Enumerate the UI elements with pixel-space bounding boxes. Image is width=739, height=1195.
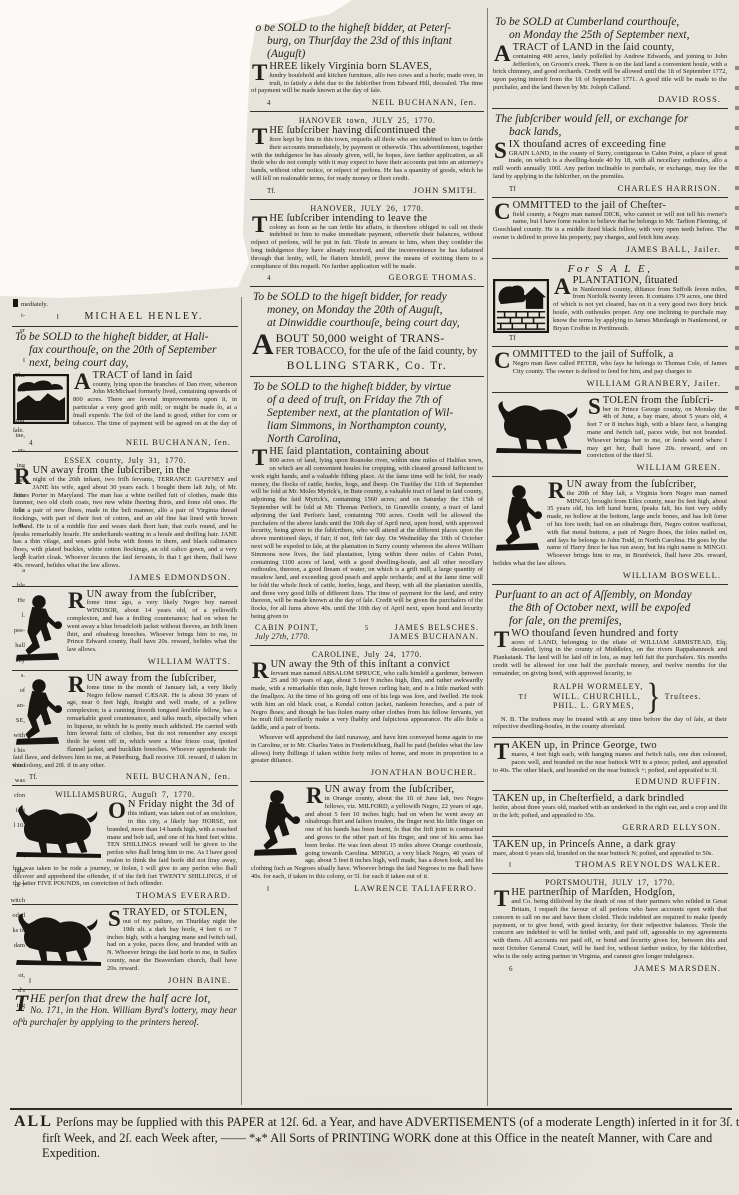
ad-body-2: Whoever will apprehend the ſaid runaway,… — [251, 734, 483, 765]
byrd-lottery-notice: THE perſon that drew the half acre lot,N… — [12, 989, 238, 1036]
drop-cap: R — [251, 661, 271, 680]
ad-post-line: July 27th, 1770.JAMES BUCHANAN. — [251, 632, 483, 641]
trustee-name: RALPH WORMELEY, — [553, 682, 643, 692]
signature-prefix: 6 — [509, 965, 513, 973]
signature-prefix: Tf. — [29, 773, 37, 781]
ad-body: TAKEN up, in Cheſterfield, a dark brindl… — [493, 795, 727, 819]
ad-body: RUN away from the ſubſcriber,ſome time i… — [13, 675, 237, 770]
trustees-block: TfRALPH WORMELEY,WILL. CHURCHILL,PHIL. L… — [493, 680, 727, 714]
ad-body: COMMITTED to the jail of Cheſter-field c… — [493, 202, 727, 242]
hanover-store-discontinued: HANOVER town, JULY 25, 1770.THE ſubſcrib… — [250, 111, 484, 199]
column-rule-right — [487, 8, 488, 1106]
ad-heading: The ſubſcriber would ſell, or exchange f… — [493, 113, 727, 139]
signature: THOMAS REYNOLDS WALKER. — [575, 859, 721, 869]
ad-signature-row: Tf — [493, 334, 727, 342]
ad-body: SIX thouſand acres of exceeding fineGRAI… — [493, 141, 727, 181]
grain-land-exchange: The ſubſcriber would ſell, or exchange f… — [492, 108, 728, 197]
woodcut-horse-icon — [493, 399, 583, 454]
signature: NEIL BUCHANAN, ſen. — [372, 97, 477, 107]
ad-lead: BOUT 50,000 weight of TRANS- — [276, 331, 445, 345]
signature-prefix: Tf — [509, 334, 516, 342]
drop-cap: S — [107, 909, 123, 928]
post-left: CABIN POINT, — [255, 623, 352, 632]
signature: MICHAEL HENLEY. — [85, 311, 204, 322]
ad-lead: TRACT of land in ſaid — [93, 370, 193, 381]
ad-body: STOLEN from the ſubſcri-ber in Prince Ge… — [493, 397, 727, 460]
post-left: July 27th, 1770. — [255, 632, 352, 641]
ad-body: THREE likely Virginia born SLAVES,ſundry… — [251, 63, 483, 95]
armistead-estate-sale: Purſuant to an act of Aſſembly, on Monda… — [492, 584, 728, 737]
signature: GEORGE THOMAS. — [389, 272, 477, 282]
ad-lead: N Friday night the 3d of — [128, 799, 235, 810]
ad-signature-row: Tf.JOHN SMITH. — [251, 185, 483, 195]
footer-rule — [10, 1108, 732, 1110]
signature: EDMUND RUFFIN. — [635, 776, 721, 786]
signature: WILLIAM WATTS. — [148, 656, 231, 666]
woodcut-runaway-icon — [251, 788, 301, 858]
runaway-mingo-harry: RUN away from the ſubſcriber,the 20th of… — [492, 476, 728, 584]
trustees-brace: } — [646, 675, 661, 718]
signature-prefix: ‖ — [57, 313, 59, 321]
ad-signature-row: 4NEIL BUCHANAN, ſen. — [251, 97, 483, 107]
drop-cap: T — [13, 994, 30, 1013]
committed-suffolk-peter: COMMITTED to the jail of Suffolk, aNegro… — [492, 346, 728, 391]
ad-dateline: ESSEX county, July 31, 1770. — [13, 456, 237, 465]
column-rule-left — [241, 297, 242, 1105]
taken-up-chesterfield: TAKEN up, in Cheſterfield, a dark brindl… — [492, 790, 728, 835]
drop-cap: R — [305, 786, 325, 805]
signature: NEIL BUCHANAN, ſen. — [126, 437, 231, 447]
signature: JONATHAN BOUCHER. — [371, 767, 477, 777]
ad-body: A TRACT of LAND in the ſaid county,conta… — [493, 44, 727, 92]
taken-up-princess-anne: TAKEN up, in Princeſs Anne, a dark graym… — [492, 836, 728, 874]
ad-lead: TRAYED, or STOLEN, — [123, 907, 228, 918]
woodcut-horse-icon — [13, 803, 103, 858]
ad-body: RUN away from the ſubſcriber, in thenigh… — [13, 467, 237, 569]
ad-signature-row: DAVID ROSS. — [493, 94, 727, 104]
drop-cap: A — [73, 372, 93, 391]
simmons-plantation-sale: To be SOLD to the higheſt bidder, by vir… — [250, 376, 484, 645]
ad-lead: HE ſubſcriber intending to leave the — [269, 213, 427, 224]
signature-prefix: 4 — [267, 99, 271, 107]
fragment-michael-henley: mediately.‖MICHAEL HENLEY. — [12, 295, 238, 326]
ad-signature-row: ‖MICHAEL HENLEY. — [13, 311, 237, 322]
drop-cap: R — [547, 481, 567, 500]
ad-heading: 'o be SOLD to the higheſt bidder, at Pet… — [251, 22, 483, 61]
runaway-absalom-spruce: CAROLINE, July 24, 1770.RUN away the 9th… — [250, 645, 484, 781]
page-edge-marks — [735, 50, 739, 410]
post-mid: 5 — [352, 624, 382, 632]
strayed-or-stolen-horse: STRAYED, or STOLEN,out of my paſture, on… — [12, 904, 238, 988]
ad-body: THE ſubſcriber intending to leave thecol… — [251, 215, 483, 271]
plantation-nansemond-sale: For S A L E,A PLANTATION, ſituatedin Nan… — [492, 258, 728, 347]
ad-dateline: HANOVER town, JULY 25, 1770. — [251, 116, 483, 125]
ad-body: THE ſaid plantation, containing about800… — [251, 448, 483, 621]
ad-lead: HREE likely Virginia born SLAVES, — [269, 61, 432, 72]
signature-prefix: ‖ — [509, 861, 511, 869]
drop-cap: C — [493, 202, 513, 221]
drop-cap: T — [493, 630, 511, 649]
ad-lead: HE ſaid plantation, containing about — [269, 446, 429, 457]
drop-cap: S — [587, 397, 603, 416]
ad-body: TAKEN up, in Princeſs Anne, a dark graym… — [493, 841, 727, 858]
dinwiddie-transfer-tobacco: To be SOLD to the higeſt bidder, for rea… — [250, 286, 484, 376]
trustees-label: Truſtees. — [665, 692, 702, 701]
drop-cap: R — [13, 467, 33, 486]
runaway-windsor: RUN away from the ſubſcriber,ſome time a… — [12, 586, 238, 670]
signature-prefix: 4 — [29, 439, 33, 447]
drop-cap: R — [67, 591, 87, 610]
signature: JOHN BAINE. — [168, 975, 231, 985]
ad-signature-row: EDMUND RUFFIN. — [493, 776, 727, 786]
ad-signature-row: WILLIAM WATTS. — [67, 656, 237, 666]
ink-blot — [13, 299, 18, 307]
drop-cap: A — [251, 332, 276, 357]
signature: DAVID ROSS. — [658, 94, 721, 104]
ad-lead: TAKEN up, in Cheſterfield, a dark brindl… — [493, 793, 684, 804]
signature-prefix: Tf. — [267, 187, 275, 195]
post-right: JAMES BELSCHES. — [382, 623, 479, 632]
ad-body: RUN away from the ſubſcriber,the 20th of… — [493, 481, 727, 568]
ad-lead: HE ſubſcriber having diſcontinued the — [269, 125, 436, 136]
signature: NEIL BUCHANAN, ſen. — [126, 771, 231, 781]
ad-lead: IX thouſand acres of exceeding fine — [509, 139, 666, 150]
ad-body: THE partnerſhip of Marſden, Hodgſon,and … — [493, 889, 727, 960]
ad-post-line: CABIN POINT,5JAMES BELSCHES. — [251, 623, 483, 632]
ad-lead: TOLEN from the ſubſcri- — [603, 395, 714, 406]
sale-cumberland-tract: To be SOLD at Cumberland courthouſe, on … — [492, 12, 728, 108]
runaway-gaffney: ESSEX county, July 31, 1770.RUN away fro… — [12, 451, 238, 585]
ad-lead: UN away from the ſubſcriber, — [325, 784, 455, 795]
signature: JAMES MARSDEN. — [634, 963, 721, 973]
trustees-names: RALPH WORMELEY,WILL. CHURCHILL,PHIL. L. … — [553, 682, 643, 711]
ad-signature-row: WILLIAM GREEN. — [493, 462, 727, 472]
ad-heading: To be SOLD to the higeſt bidder, for rea… — [251, 291, 483, 330]
signature-prefix: 4 — [267, 274, 271, 282]
ad-dateline: HANOVER, JULY 26, 1770. — [251, 204, 483, 213]
drop-cap: T — [493, 742, 511, 761]
column-middle: 'o be SOLD to the higheſt bidder, at Pet… — [250, 18, 484, 1106]
signature: GERRARD ELLYSON. — [622, 822, 721, 832]
signature: JOHN SMITH. — [414, 185, 477, 195]
ad-signature-row: 4NEIL BUCHANAN, ſen. — [13, 437, 237, 447]
woodcut-runaway-icon — [13, 593, 63, 663]
drop-cap: C — [493, 351, 513, 370]
footer-lead-word: ALL — [14, 1113, 53, 1130]
ad-heading: To be SOLD to the higheſt bidder, by vir… — [251, 381, 483, 446]
trustee-name: PHIL. L. GRYMES, — [553, 701, 643, 711]
ad-signature-row: ‖THOMAS REYNOLDS WALKER. — [493, 859, 727, 869]
ad-signature-row: JAMES BALL, Jailer. — [493, 244, 727, 254]
drop-cap: O — [107, 801, 128, 820]
drop-cap: T — [251, 63, 269, 82]
committed-chesterfield-dick: COMMITTED to the jail of Cheſter-field c… — [492, 197, 728, 258]
hanover-leaving-colony: HANOVER, JULY 26, 1770.THE ſubſcriber in… — [250, 199, 484, 287]
ad-lead: UN away from the ſubſcriber, — [87, 673, 217, 684]
ad-body: THE ſubſcriber having diſcontinued theſt… — [251, 127, 483, 183]
ad-signature-row: JONATHAN BOUCHER. — [251, 767, 483, 777]
woodcut-landscape-icon — [13, 374, 69, 424]
ad-heading: To be SOLD to the higheſt bidder, at Hal… — [13, 331, 237, 370]
signature: WILLIAM GREEN. — [637, 462, 721, 472]
ad-body: RUN away the 9th of this inſtant a convi… — [251, 661, 483, 732]
drop-cap: A — [553, 277, 573, 296]
footer-text: Perſons may be ſupplied with this PAPER … — [42, 1115, 739, 1160]
ad-body: THE perſon that drew the half acre lot,N… — [13, 994, 237, 1030]
ad-lead: UN away from the ſubſcriber, — [87, 589, 217, 600]
ad-lead: OMMITTED to the jail of Cheſter- — [513, 200, 666, 211]
marsden-partnership-dissolved: PORTSMOUTH, JULY 17, 1770.THE partnerſhi… — [492, 873, 728, 976]
drop-cap: T — [493, 889, 511, 908]
taken-up-prince-george: TAKEN up, in Prince George, twomares, 4 … — [492, 737, 728, 790]
signature: CHARLES HARRISON. — [618, 183, 721, 193]
ad-body: TAKEN up, in Prince George, twomares, 4 … — [493, 742, 727, 774]
ad-signature-row: TfCHARLES HARRISON. — [493, 183, 727, 193]
signature-prefix: ‖ — [29, 977, 31, 985]
ad-signature-row: WILLIAM GRANBERY, Jailer. — [493, 378, 727, 388]
sale-halifax-tract: To be SOLD to the higheſt bidder, at Hal… — [12, 326, 238, 451]
sale-petersburg-slaves: 'o be SOLD to the higheſt bidder, at Pet… — [250, 18, 484, 111]
drop-cap: T — [251, 127, 269, 146]
signature: WILLIAM GRANBERY, Jailer. — [587, 378, 721, 388]
trustee-name: WILL. CHURCHILL, — [553, 692, 643, 702]
ad-center-heading: For S A L E, — [493, 263, 727, 275]
ad-heading: To be SOLD at Cumberland courthouſe, on … — [493, 16, 727, 42]
ad-lead: UN away from the ſubſcriber, in the — [33, 465, 190, 476]
ad-lead: HE partnerſhip of Marſden, Hodgſon, — [511, 887, 675, 898]
ad-signature-row: ‖LAWRENCE TALIAFERRO. — [251, 883, 483, 893]
drop-cap: R — [67, 675, 87, 694]
column-left: mediately.‖MICHAEL HENLEY.To be SOLD to … — [12, 295, 238, 1107]
newspaper-page: i-erIThewoes.mirine,ar-ingoeshiterletm.d… — [0, 0, 739, 1195]
ad-heading: Purſuant to an act of Aſſembly, on Monda… — [493, 589, 727, 628]
ad-signature-row: ‖JOHN BAINE. — [13, 975, 237, 985]
ad-signature-row: Tf.NEIL BUCHANAN, ſen. — [13, 771, 237, 781]
ad-lead: UN away the 9th of this inſtant a convic… — [271, 659, 450, 670]
woodcut-plantation-icon — [493, 279, 549, 333]
drop-cap: T — [251, 215, 269, 234]
runaway-milford-mingo: RUN away from the ſubſcriber,in Orange c… — [250, 781, 484, 897]
ad-lead: PLANTATION, ſituated — [573, 275, 678, 286]
woodcut-horse-icon — [13, 911, 103, 966]
ad-signature-row: 4GEORGE THOMAS. — [251, 272, 483, 282]
ad-signature-row: WILLIAM BOSWELL. — [493, 570, 727, 580]
ad-body: ON Friday night the 3d ofthis inſtant, w… — [13, 801, 237, 888]
ad-body: ABOUT 50,000 weight of TRANS-FER TOBACCO… — [251, 332, 483, 358]
woodcut-runaway-icon — [13, 677, 63, 747]
ad-signature-row: GERRARD ELLYSON. — [493, 822, 727, 832]
ad-lead: WO thouſand ſeven hundred and forty — [511, 628, 678, 639]
stolen-bay-mare: STOLEN from the ſubſcri-ber in Prince Ge… — [492, 392, 728, 476]
ad-signature-row: 6JAMES MARSDEN. — [493, 963, 727, 973]
ad-lead: TAKEN up, in Princeſs Anne, a dark gray — [493, 839, 676, 850]
ad-lead: OMMITTED to the jail of Suffolk, a — [513, 349, 674, 360]
post-right: JAMES BUCHANAN. — [382, 632, 479, 641]
ad-body-2: N. B. The truſtees may be treated with a… — [493, 716, 727, 732]
signature-prefix: Tf — [509, 185, 516, 193]
imprint-footer: ALL Perſons may be ſupplied with this PA… — [14, 1114, 739, 1162]
signature: LAWRENCE TALIAFERRO. — [354, 883, 477, 893]
ad-post-line: BOLLING STARK, Co. Tr. — [251, 360, 483, 372]
woodcut-runaway-icon — [493, 483, 543, 553]
column-right: To be SOLD at Cumberland courthouſe, on … — [492, 12, 728, 1107]
runaway-caesar: RUN away from the ſubſcriber,ſome time i… — [12, 670, 238, 786]
trustees-tf: Tf — [493, 692, 553, 701]
ad-signature-row: JAMES EDMONDSON. — [13, 572, 237, 582]
horse-taken-everard: WILLIAMSBURG, Auguſt 7, 1770.ON Friday n… — [12, 785, 238, 904]
ad-body: RUN away from the ſubſcriber,ſome time a… — [13, 591, 237, 654]
drop-cap: A — [493, 44, 513, 63]
drop-cap: S — [493, 141, 509, 160]
signature: JAMES BALL, Jailer. — [626, 244, 721, 254]
signature: JAMES EDMONDSON. — [130, 572, 231, 582]
signature: WILLIAM BOSWELL. — [623, 570, 721, 580]
drop-cap: T — [251, 448, 269, 467]
ad-body: mediately. — [13, 299, 237, 309]
ad-dateline: CAROLINE, July 24, 1770. — [251, 650, 483, 659]
ad-body: TWO thouſand ſeven hundred and fortyacre… — [493, 630, 727, 678]
ad-signature-row: THOMAS EVERARD. — [13, 890, 237, 900]
ad-lead: HE perſon that drew the half acre lot, — [30, 993, 211, 1005]
ad-lead: UN away from the ſubſcriber, — [567, 479, 697, 490]
ad-body: RUN away from the ſubſcriber,in Orange c… — [251, 786, 483, 881]
signature: THOMAS EVERARD. — [136, 890, 231, 900]
ad-lead: AKEN up, in Prince George, two — [511, 740, 657, 751]
ad-body: COMMITTED to the jail of Suffolk, aNegro… — [493, 351, 727, 375]
ad-lead: TRACT of LAND in the ſaid county, — [513, 42, 675, 53]
ad-body: A TRACT of land in ſaidcounty, lying upo… — [13, 372, 237, 435]
ad-body: A PLANTATION, ſituatedin Nanſemond count… — [493, 277, 727, 333]
signature-prefix: ‖ — [267, 885, 269, 893]
ad-body: STRAYED, or STOLEN,out of my paſture, on… — [13, 909, 237, 972]
